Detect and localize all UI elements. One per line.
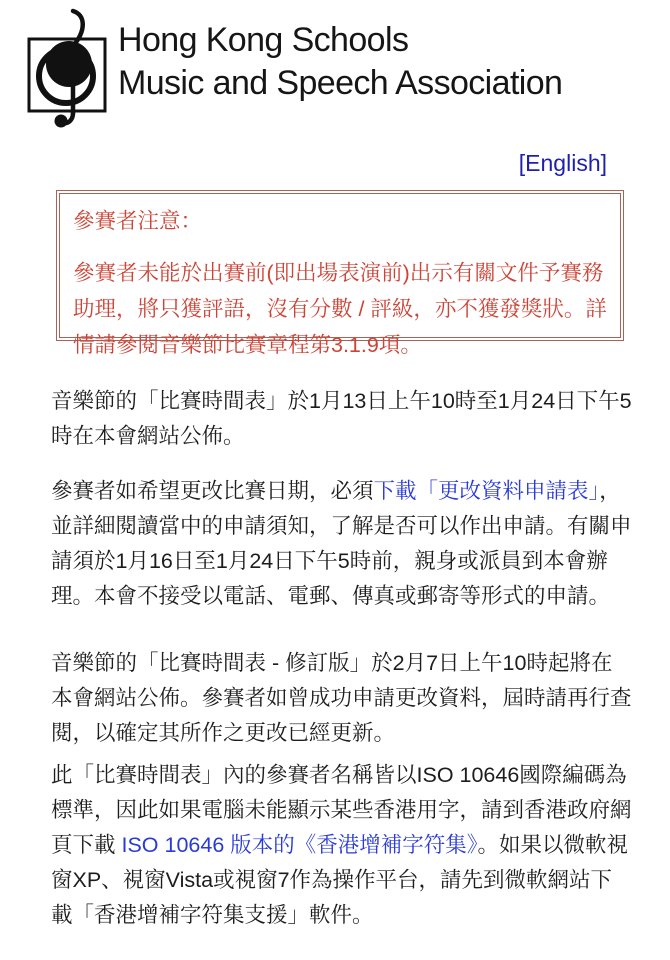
org-title-line2: Music and Speech Association <box>118 62 562 105</box>
org-title: Hong Kong Schools Music and Speech Assoc… <box>118 19 562 105</box>
paragraph-timetable: 音樂節的「比賽時間表」於1月13日上午10時至1月24日下午5時在本會網站公佈。 <box>51 384 633 454</box>
competitor-notice-inner: 參賽者注意： 參賽者未能於出賽前(即出場表演前)出示有關文件予賽務助理，將只獲評… <box>59 193 621 338</box>
treble-clef-logo-icon <box>16 2 120 132</box>
download-change-form-link[interactable]: 下載「更改資料申請表」 <box>374 479 600 503</box>
notice-heading: 參賽者注意： <box>73 203 607 239</box>
paragraph-change-date-pre: 參賽者如希望更改比賽日期，必須 <box>51 479 374 503</box>
page: Hong Kong Schools Music and Speech Assoc… <box>0 0 670 960</box>
org-title-line1: Hong Kong Schools <box>118 19 562 62</box>
paragraph-revised-timetable: 音樂節的「比賽時間表 - 修訂版」於2月7日上午10時起將在本會網站公佈。參賽者… <box>51 646 633 751</box>
notice-body: 參賽者未能於出賽前(即出場表演前)出示有關文件予賽務助理，將只獲評語，沒有分數 … <box>73 255 607 363</box>
paragraph-change-date: 參賽者如希望更改比賽日期，必須下載「更改資料申請表」，並詳細閱讀當中的申請須知，… <box>51 474 633 614</box>
english-language-link[interactable]: [English] <box>519 150 607 177</box>
hkscs-download-link[interactable]: ISO 10646 版本的《香港增補字符集》 <box>121 833 477 857</box>
paragraph-iso-encoding: 此「比賽時間表」內的參賽者名稱皆以ISO 10646國際編碼為標準，因此如果電腦… <box>51 758 633 933</box>
competitor-notice-box: 參賽者注意： 參賽者未能於出賽前(即出場表演前)出示有關文件予賽務助理，將只獲評… <box>56 190 624 341</box>
